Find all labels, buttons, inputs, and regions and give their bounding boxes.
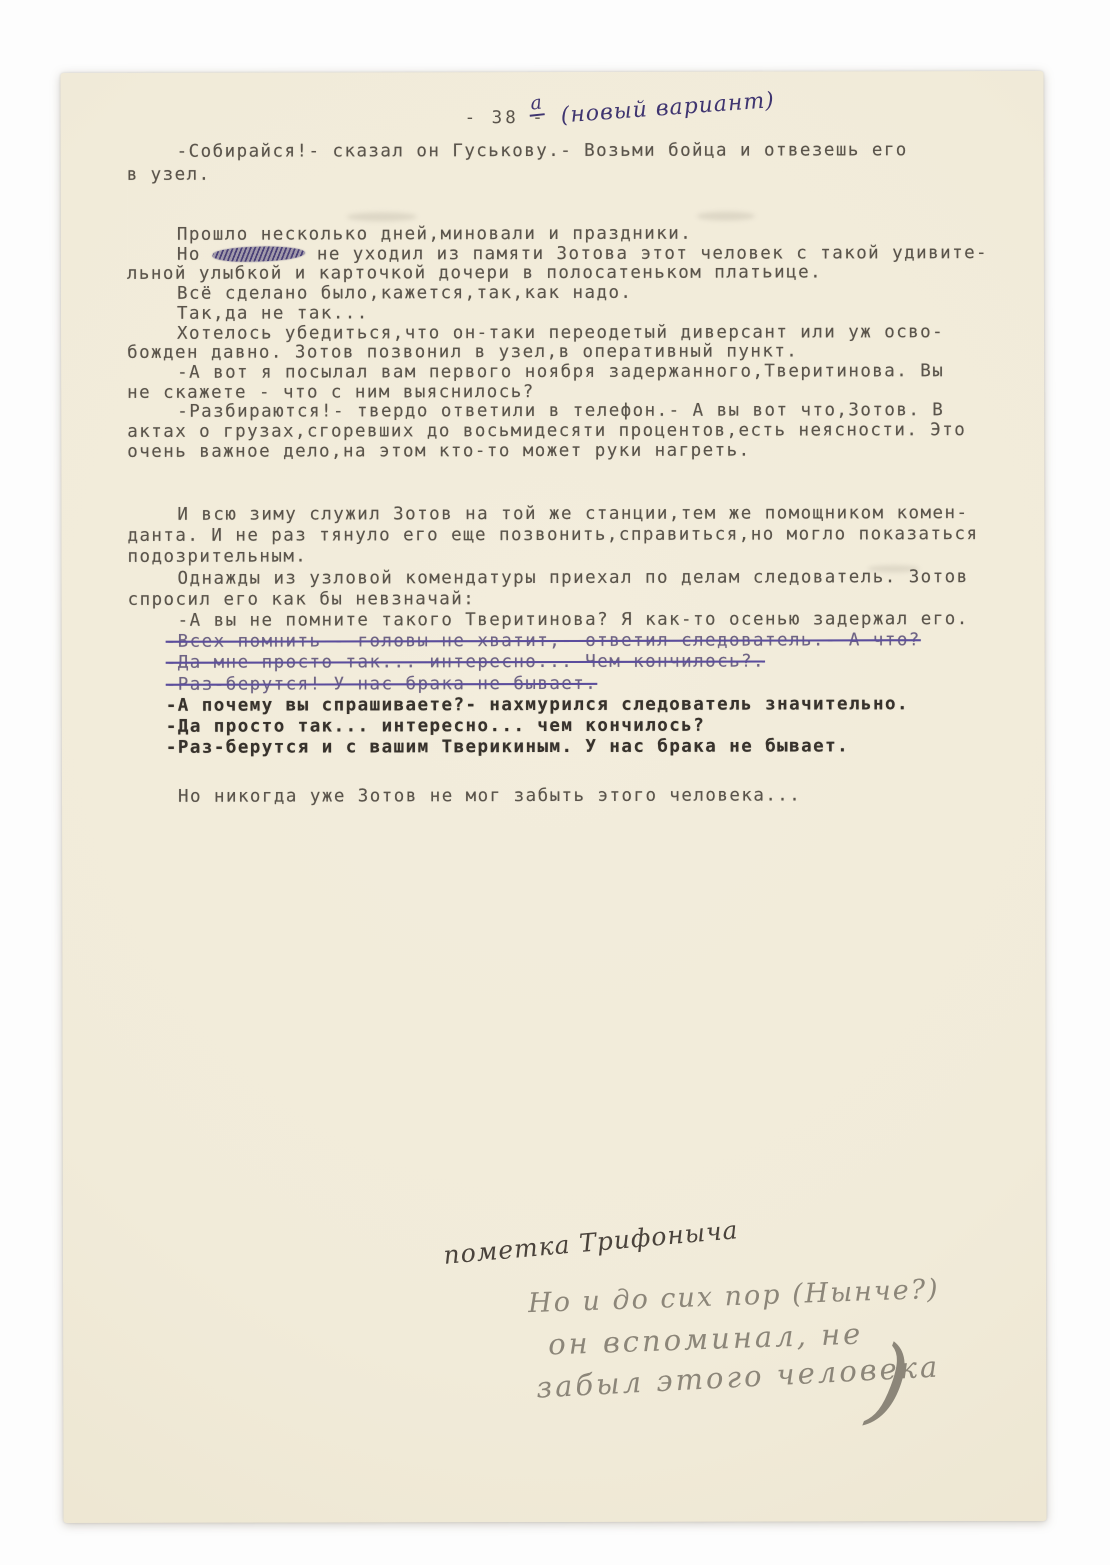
typed-line-with-crossout: Но не уходил из памяти Зотова этот челов…	[127, 244, 1007, 266]
new-variant-annotation: (новый вариант)	[560, 88, 776, 128]
typed-line: -Раз-берутся! У нас брака не бывает.	[128, 673, 1008, 696]
typed-line: в узел.	[127, 162, 1007, 186]
page-header: - 38 - а (новый вариант)	[465, 94, 546, 138]
inserted-letter-annotation: а	[527, 91, 545, 116]
typed-line: Но никогда уже Зотов не мог забыть этого…	[128, 785, 1008, 808]
typed-line: -Да мне просто так... интересно... Чем к…	[128, 651, 1008, 674]
paper-smudge	[347, 212, 417, 221]
typed-line: -А почему вы спрашиваете?- нахмурился сл…	[128, 694, 1008, 717]
crossout-line-after: не уходил из памяти Зотова этот человек …	[305, 243, 988, 264]
typed-line: спросил его как бы невзначай:	[128, 588, 1008, 611]
typed-line: -Раз-берутся и с вашим Тверикиным. У нас…	[128, 736, 1008, 759]
typed-line: И всю зиму служил Зотов на той же станци…	[127, 503, 1007, 526]
typed-line: -Да просто так... интересно... чем кончи…	[128, 715, 1008, 738]
typed-line: Однажды из узловой комендатуры приехал п…	[128, 567, 1008, 590]
paragraph-1: -Собирайся!- сказал он Гуськову.- Возьми…	[127, 139, 1007, 186]
typed-line: Хотелось убедиться,что он-таки переодеты…	[127, 323, 1007, 345]
typed-line: очень важное дело,на этом кто-то может р…	[127, 441, 1007, 463]
closing-paragraph: Но никогда уже Зотов не мог забыть этого…	[128, 785, 1008, 808]
paragraph-2: Прошло несколько дней,миновали и праздни…	[127, 224, 1007, 462]
typed-line: -А вот я посылал вам первого ноября заде…	[127, 362, 1007, 384]
scan-background: - 38 - а (новый вариант) -Собирайся!- ск…	[0, 0, 1110, 1565]
crossout-line-before: Но	[177, 244, 213, 264]
typed-line: -А вы не помните такого Тверитинова? Я к…	[128, 609, 1008, 632]
typed-line: -Всех помнить - головы не хватит,- ответ…	[128, 630, 1008, 653]
typed-line: данта. И не раз тянуло его еще позвонить…	[127, 524, 1007, 547]
typed-line: актах о грузах,сгоревших до восьмидесяти…	[127, 421, 1007, 443]
typed-line: -Собирайся!- сказал он Гуськову.- Возьми…	[127, 139, 1007, 163]
typed-line: Так,да не так...	[127, 303, 1007, 325]
typed-line: льной улыбкой и карточкой дочери в полос…	[127, 263, 1007, 285]
typed-line: подозрительным.	[127, 545, 1007, 568]
ink-blot	[211, 245, 307, 263]
paper-smudge	[697, 212, 755, 221]
typed-line: Всё сделано было,кажется,так,как надо.	[127, 283, 1007, 305]
paragraph-3: И всю зиму служил Зотов на той же станци…	[127, 503, 1008, 759]
